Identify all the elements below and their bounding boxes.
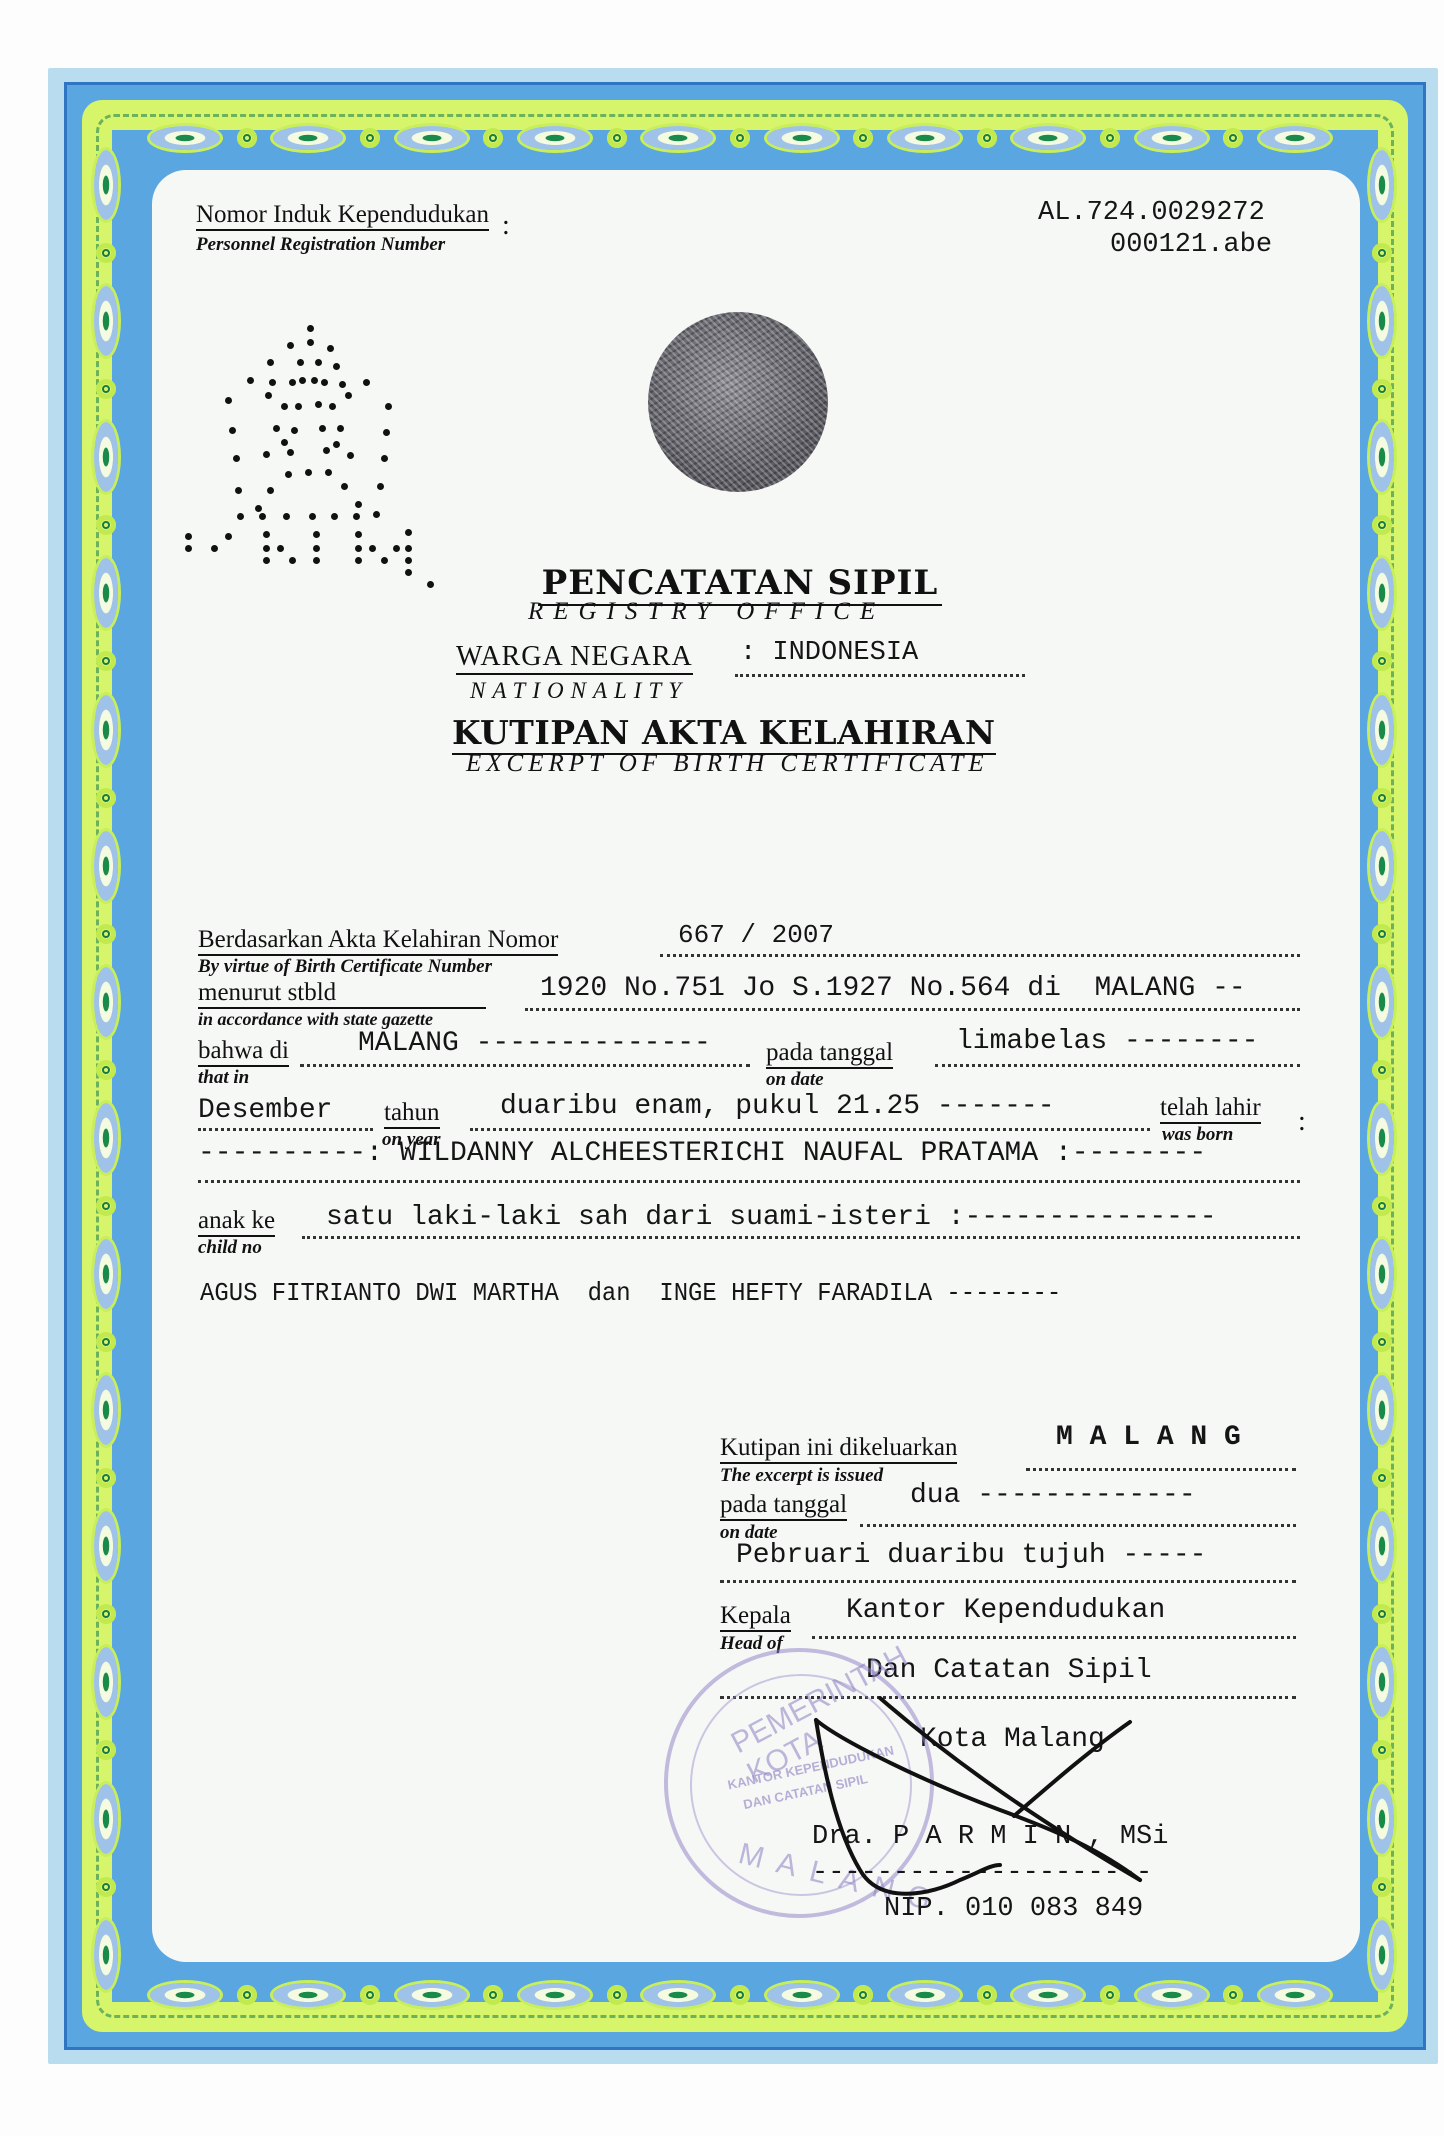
born-colon: : bbox=[1298, 1108, 1306, 1136]
gazette-label-en: in accordance with state gazette bbox=[198, 1010, 433, 1028]
issued-date-value: dua ------------- bbox=[910, 1482, 1196, 1510]
issued-label-en: The excerpt is issued bbox=[720, 1466, 883, 1485]
nationality-label-en: NATIONALITY bbox=[470, 678, 688, 704]
born-label: telah lahir bbox=[1160, 1095, 1261, 1124]
issued-place-value: M A L A N G bbox=[1056, 1424, 1241, 1452]
border-ornament-bottom bbox=[150, 1975, 1330, 2015]
gazette-value: 1920 No.751 Jo S.1927 No.564 di MALANG -… bbox=[540, 975, 1246, 1003]
birthplace-value: MALANG -------------- bbox=[358, 1030, 711, 1058]
hologram-seal bbox=[648, 312, 828, 492]
handwritten-signature bbox=[780, 1680, 1200, 1940]
birth-year-label: tahun bbox=[384, 1100, 440, 1129]
cert-no-label-en: By virtue of Birth Certificate Number bbox=[198, 957, 492, 976]
birth-date-label-en: on date bbox=[766, 1070, 824, 1089]
parents-names: AGUS FITRIANTO DWI MARTHA dan INGE HEFTY… bbox=[200, 1280, 1061, 1306]
gazette-label: menurut stbld bbox=[198, 980, 486, 1009]
document-title-en: EXCERPT OF BIRTH CERTIFICATE bbox=[466, 750, 989, 778]
child-no-value: satu laki-laki sah dari suami-isteri :--… bbox=[326, 1204, 1217, 1232]
border-ornament-right bbox=[1362, 150, 1402, 1990]
birthplace-label: bahwa di bbox=[198, 1038, 289, 1067]
border-ornament-top bbox=[150, 118, 1330, 158]
birth-date-value: limabelas -------- bbox=[956, 1028, 1258, 1056]
serial-code: 000121.abe bbox=[1110, 232, 1272, 259]
issued-date-value-2: Pebruari duaribu tujuh ----- bbox=[736, 1542, 1206, 1570]
child-name: ----------: WILDANNY ALCHEESTERICHI NAUF… bbox=[198, 1140, 1206, 1168]
birth-month-value: Desember bbox=[198, 1097, 332, 1125]
head-office-line1: Kantor Kependudukan bbox=[846, 1597, 1165, 1625]
nik-label: Nomor Induk Kependudukan bbox=[196, 202, 489, 231]
issued-date-label: pada tanggal bbox=[720, 1492, 847, 1521]
cert-no-value: 667 / 2007 bbox=[678, 922, 834, 948]
cert-no-label: Berdasarkan Akta Kelahiran Nomor bbox=[198, 927, 558, 956]
nik-colon: : bbox=[502, 212, 510, 240]
child-no-label-en: child no bbox=[198, 1238, 262, 1257]
document-title: KUTIPAN AKTA KELAHIRAN bbox=[452, 713, 996, 755]
border-ornament-left bbox=[86, 150, 126, 1990]
head-label: Kepala bbox=[720, 1603, 791, 1632]
birth-year-value: duaribu enam, pukul 21.25 ------- bbox=[500, 1093, 1055, 1121]
birthplace-label-en: that in bbox=[198, 1068, 249, 1087]
office-title-en: REGISTRY OFFICE bbox=[528, 598, 885, 626]
child-no-label: anak ke bbox=[198, 1208, 275, 1237]
birth-date-label: pada tanggal bbox=[766, 1040, 893, 1069]
nationality-value: : INDONESIA bbox=[740, 640, 918, 667]
nationality-label: WARGA NEGARA bbox=[456, 643, 693, 675]
serial-number: AL.724.0029272 bbox=[1038, 200, 1265, 227]
issued-label: Kutipan ini dikeluarkan bbox=[720, 1435, 957, 1464]
nik-label-en: Personnel Registration Number bbox=[196, 235, 445, 254]
